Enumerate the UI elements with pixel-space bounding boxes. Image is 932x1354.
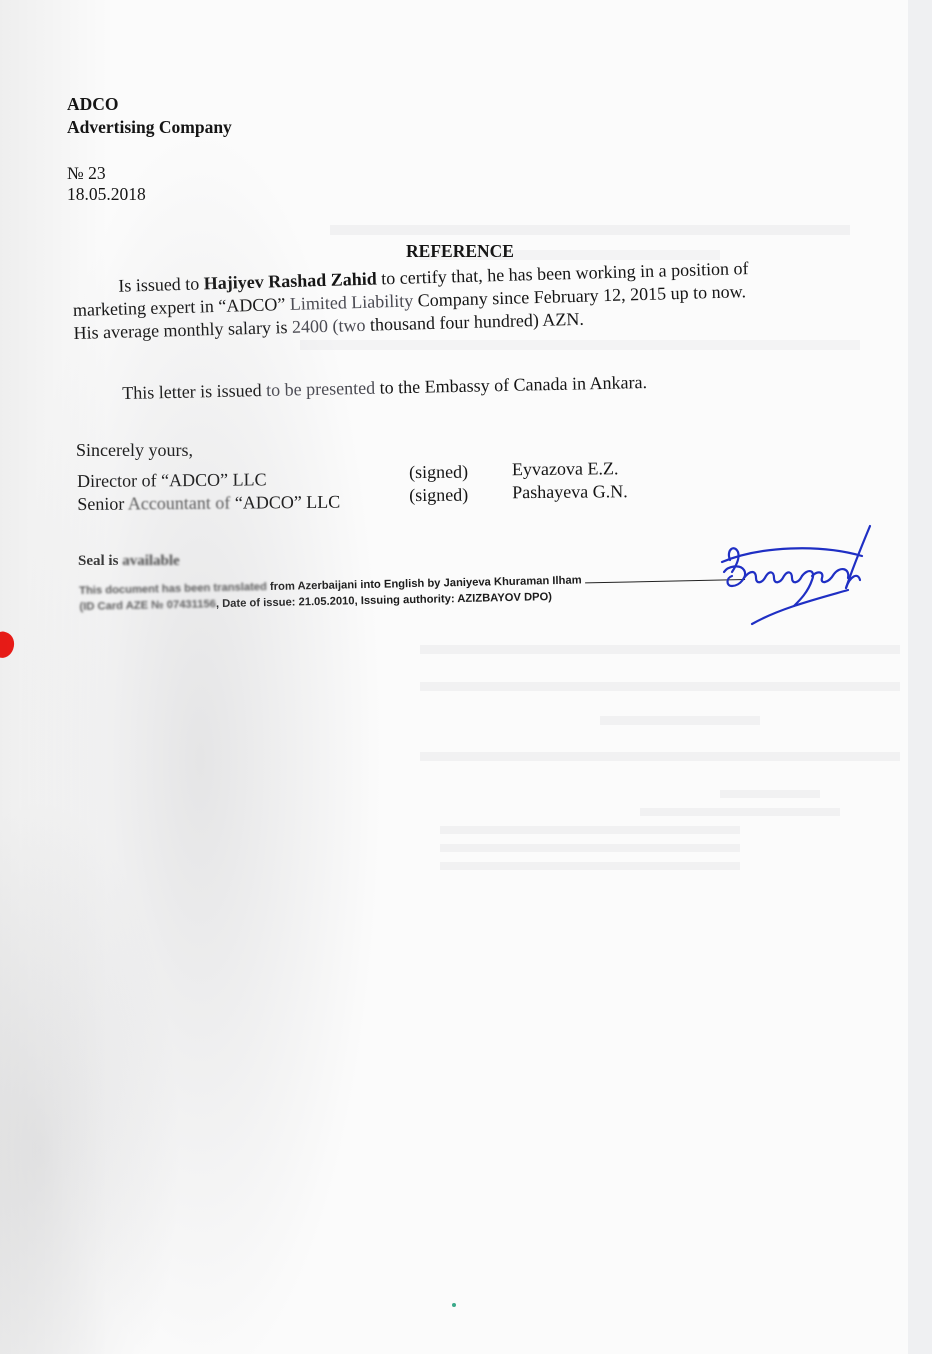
translator-signature-icon (700, 520, 880, 640)
letterhead: ADCO Advertising Company (67, 93, 232, 139)
signatory-role: Director of “ADCO” LLC (77, 468, 267, 493)
show-through-text (440, 826, 740, 834)
show-through-text (720, 790, 820, 798)
show-through-text (300, 340, 860, 350)
role-text: Senior (77, 494, 128, 514)
signed-status: (signed) (409, 461, 468, 485)
seal-note: Seal is available (78, 553, 180, 570)
ink-speck (452, 1303, 456, 1307)
purpose-text: to the Embassy of Canada in Ankara. (375, 372, 647, 398)
purpose-text: This letter is issued (122, 380, 266, 403)
closing-salutation: Sincerely yours, (76, 440, 193, 461)
show-through-text (330, 225, 850, 235)
scanned-document-page: ADCO Advertising Company № 23 18.05.2018… (0, 0, 908, 1354)
reference-meta: № 23 18.05.2018 (67, 163, 146, 205)
show-through-text (640, 808, 840, 816)
company-name: ADCO (67, 93, 232, 116)
signatory-role: Senior Accountant of “ADCO” LLC (77, 491, 340, 516)
body-text-faded: Limited Liability (290, 290, 414, 313)
role-text: “ADCO” LLC (230, 492, 340, 513)
translator-id-blurred: (ID Card AZE № 07431156 (79, 598, 216, 613)
show-through-text (420, 752, 900, 761)
body-text: thousand four hundred) AZN. (365, 309, 584, 335)
company-subtitle: Advertising Company (67, 116, 232, 139)
salary-amount: 2400 (two (292, 315, 366, 337)
reference-number: № 23 (67, 163, 146, 184)
translator-note: This document has been translated from A… (79, 569, 745, 615)
signatory-name: Eyvazova E.Z. (512, 457, 619, 481)
purpose-statement: This letter is issued to be presented to… (122, 372, 647, 404)
reference-body: Is issued to Hajiyev Rashad Zahid to cer… (72, 255, 834, 345)
show-through-text (440, 862, 740, 870)
show-through-text (420, 682, 900, 691)
purpose-text-faded: to be presented (266, 378, 375, 400)
body-text: His average monthly salary is (73, 317, 292, 343)
employee-name: Hajiyev Rashad Zahid (203, 268, 377, 293)
role-text: Director of “ADCO” LLC (77, 469, 267, 491)
show-through-text (600, 716, 760, 725)
document-date: 18.05.2018 (67, 184, 146, 205)
show-through-text (440, 844, 740, 852)
show-through-text (420, 645, 900, 654)
seal-text: Seal is (78, 553, 122, 569)
body-text: Is issued to (118, 273, 204, 295)
translator-text-blurred: This document has been translated (79, 581, 267, 597)
seal-text-blurred: available (122, 553, 180, 569)
signed-status: (signed) (409, 484, 468, 508)
role-text-blurred: Accountant of (128, 493, 231, 514)
signatory-name: Pashayeva G.N. (512, 480, 628, 504)
red-marker-blot (0, 629, 18, 661)
